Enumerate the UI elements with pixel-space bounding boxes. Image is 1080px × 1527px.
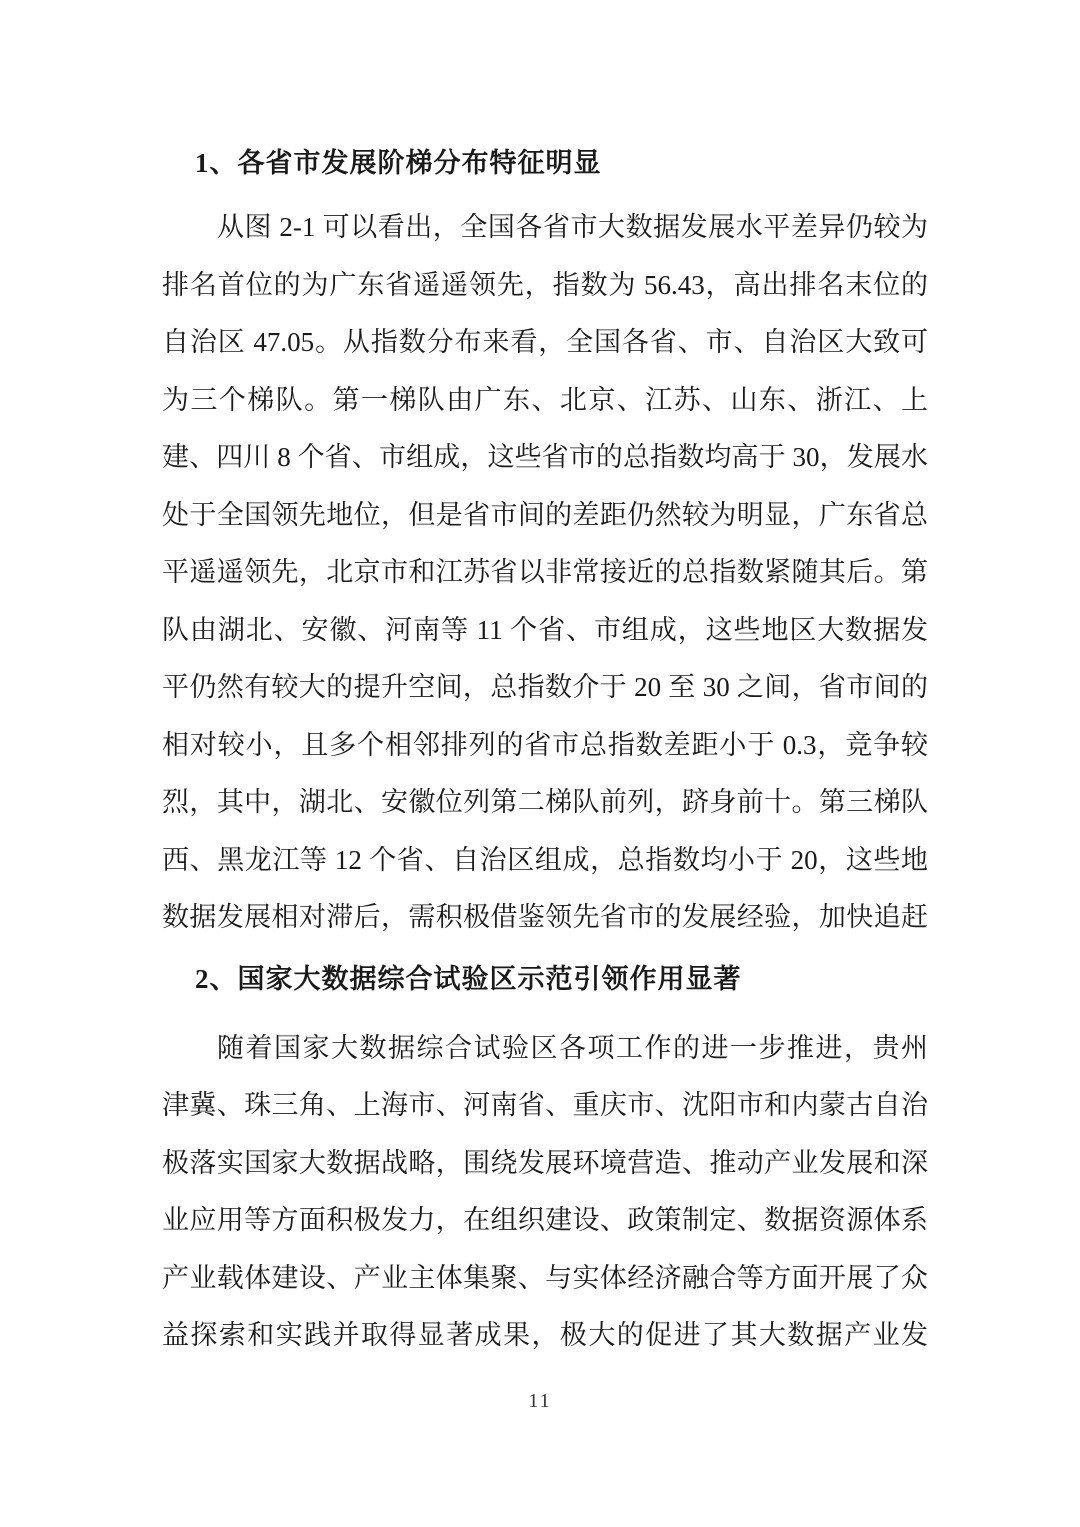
text-line: 队由湖北、安徽、河南等 11 个省、市组成，这些地区大数据发展水 [162, 602, 928, 660]
text-line: 排名首位的为广东省遥遥领先，指数为 56.43，高出排名末位的西藏 [162, 257, 928, 315]
text-line: 业应用等方面积极发力，在组织建设、政策制定、数据资源体系建设、 [162, 1192, 928, 1250]
document-page: 1、各省市发展阶梯分布特征明显 从图 2-1 可以看出，全国各省市大数据发展水平… [0, 0, 1080, 1527]
text-line: 相对较小，且多个相邻排列的省市总指数差距小于 0.3，竞争较为激 [162, 717, 928, 775]
section-1-heading: 1、各省市发展阶梯分布特征明显 [162, 146, 928, 180]
text-line: 随着国家大数据综合试验区各项工作的进一步推进，贵州省、京 [162, 1020, 928, 1078]
text-line: 烈，其中，湖北、安徽位列第二梯队前列，跻身前十。第三梯队由广 [162, 774, 928, 832]
text-line: 处于全国领先地位，但是省市间的差距仍然较为明显，广东省总体水 [162, 487, 928, 545]
text-line: 极落实国家大数据战略，围绕发展环境营造、推动产业发展和深化行 [162, 1135, 928, 1193]
page-content: 1、各省市发展阶梯分布特征明显 从图 2-1 可以看出，全国各省市大数据发展水平… [162, 146, 928, 1365]
section-2-heading: 2、国家大数据综合试验区示范引领作用显著 [162, 962, 928, 996]
text-line: 数据发展相对滞后，需积极借鉴领先省市的发展经验，加快追赶步伐。 [162, 889, 928, 947]
text-line: 建、四川 8 个省、市组成，这些省市的总指数均高于 30，发展水平 [162, 429, 928, 487]
text-line: 平仍然有较大的提升空间，总指数介于 20 至 30 之间，省市间的差距 [162, 659, 928, 717]
text-line: 产业载体建设、产业主体集聚、与实体经济融合等方面开展了众多有 [162, 1250, 928, 1308]
section-2-paragraph: 随着国家大数据综合试验区各项工作的进一步推进，贵州省、京津冀、珠三角、上海市、河… [162, 1020, 928, 1365]
text-line: 平遥遥领先，北京市和江苏省以非常接近的总指数紧随其后。第二梯 [162, 544, 928, 602]
text-line: 自治区 47.05。从指数分布来看，全国各省、市、自治区大致可以分 [162, 314, 928, 372]
text-line: 为三个梯队。第一梯队由广东、北京、江苏、山东、浙江、上海、福 [162, 372, 928, 430]
text-line: 西、黑龙江等 12 个省、自治区组成，总指数均小于 20，这些地区大 [162, 832, 928, 890]
text-line: 益探索和实践并取得显著成果，极大的促进了其大数据产业发展，加 [162, 1307, 928, 1365]
section-1-paragraph: 从图 2-1 可以看出，全国各省市大数据发展水平差异仍较为显著，排名首位的为广东… [162, 199, 928, 947]
text-line: 从图 2-1 可以看出，全国各省市大数据发展水平差异仍较为显著， [162, 199, 928, 257]
page-number: 11 [0, 1390, 1080, 1413]
text-line: 津冀、珠三角、上海市、河南省、重庆市、沈阳市和内蒙古自治区积 [162, 1077, 928, 1135]
